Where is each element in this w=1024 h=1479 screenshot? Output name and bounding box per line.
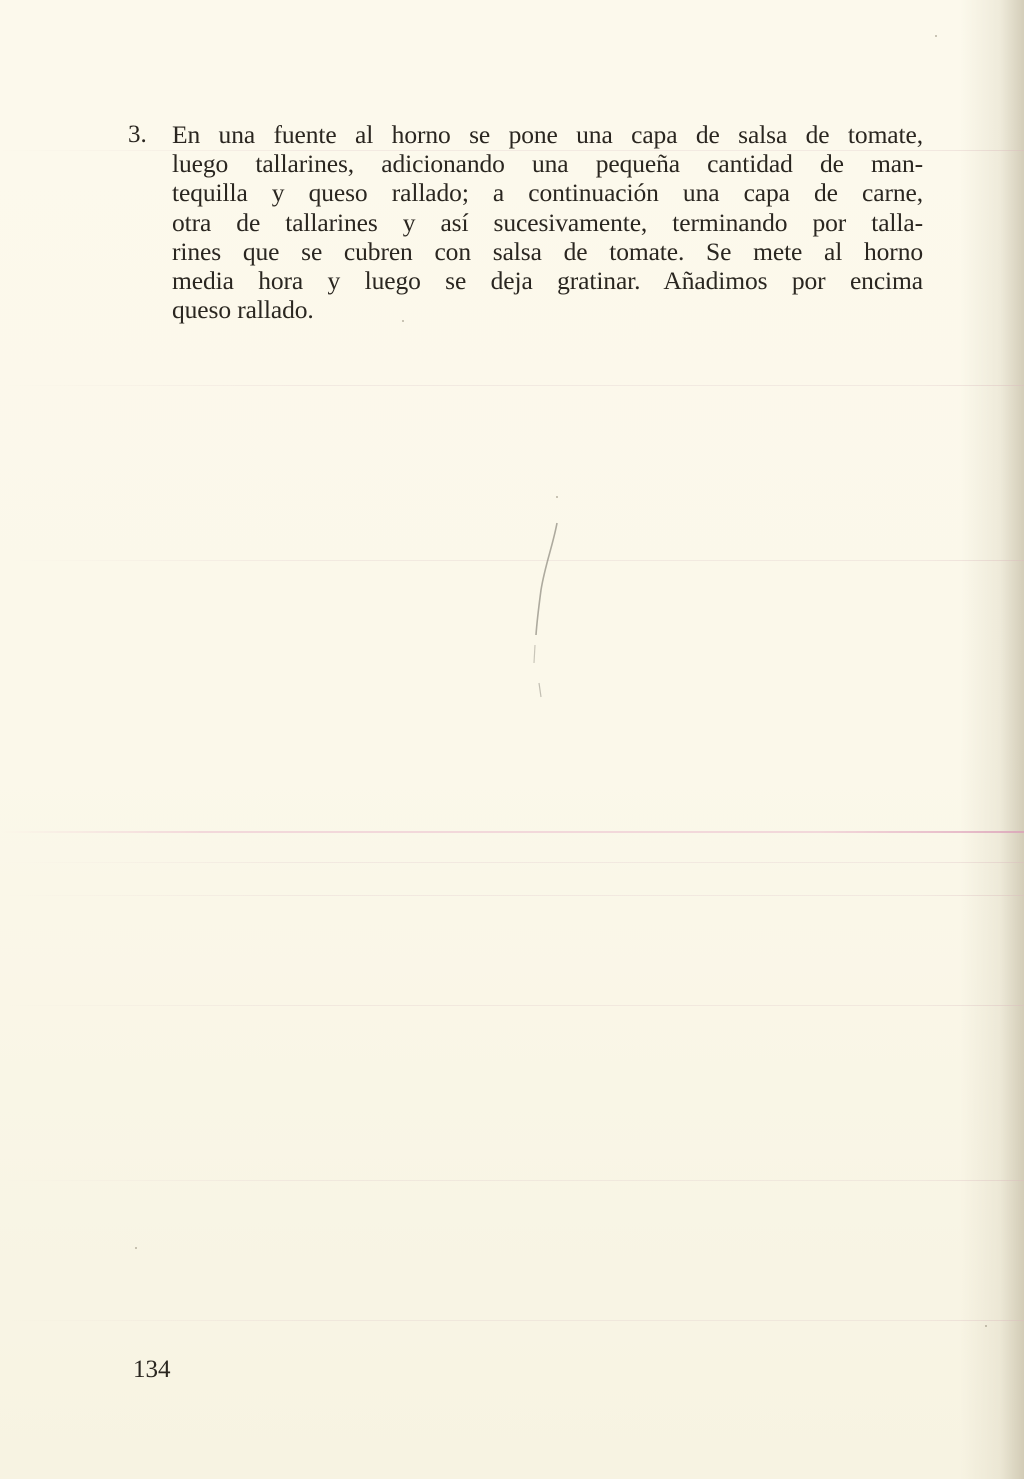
paper-speck — [556, 496, 558, 498]
step-text-line: tequilla y queso rallado; a continuación… — [172, 178, 923, 207]
paper-rule-line — [0, 385, 1024, 386]
paper-rule-line — [0, 1180, 1024, 1181]
paper-speck — [935, 35, 937, 37]
step-text-line: queso rallado. — [172, 295, 923, 324]
paper-speck — [402, 320, 404, 322]
paper-rule-line — [0, 895, 1024, 896]
paper-speck — [985, 1325, 987, 1327]
paper-rule-line — [0, 862, 1024, 863]
step-text: En una fuente al horno se pone una capa … — [172, 120, 923, 324]
paper-rule-line — [0, 831, 1024, 833]
page-number: 134 — [133, 1355, 171, 1385]
step-text-line: otra de tallarines y así sucesivamente, … — [172, 208, 923, 237]
book-page: 3. En una fuente al horno se pone una ca… — [0, 0, 1024, 1479]
step-text-line: En una fuente al horno se pone una capa … — [172, 120, 923, 149]
step-text-line: rines que se cubren con salsa de tomate.… — [172, 237, 923, 266]
paper-rule-line — [0, 1005, 1024, 1006]
step-text-line: media hora y luego se deja gratinar. Aña… — [172, 266, 923, 295]
paper-rule-line — [0, 560, 1024, 561]
step-number: 3. — [128, 120, 147, 149]
pencil-stroke-mark — [525, 505, 565, 705]
paper-speck — [135, 1247, 137, 1249]
step-text-line: luego tallarines, adicionando una pequeñ… — [172, 149, 923, 178]
paper-rule-line — [0, 1320, 1024, 1321]
